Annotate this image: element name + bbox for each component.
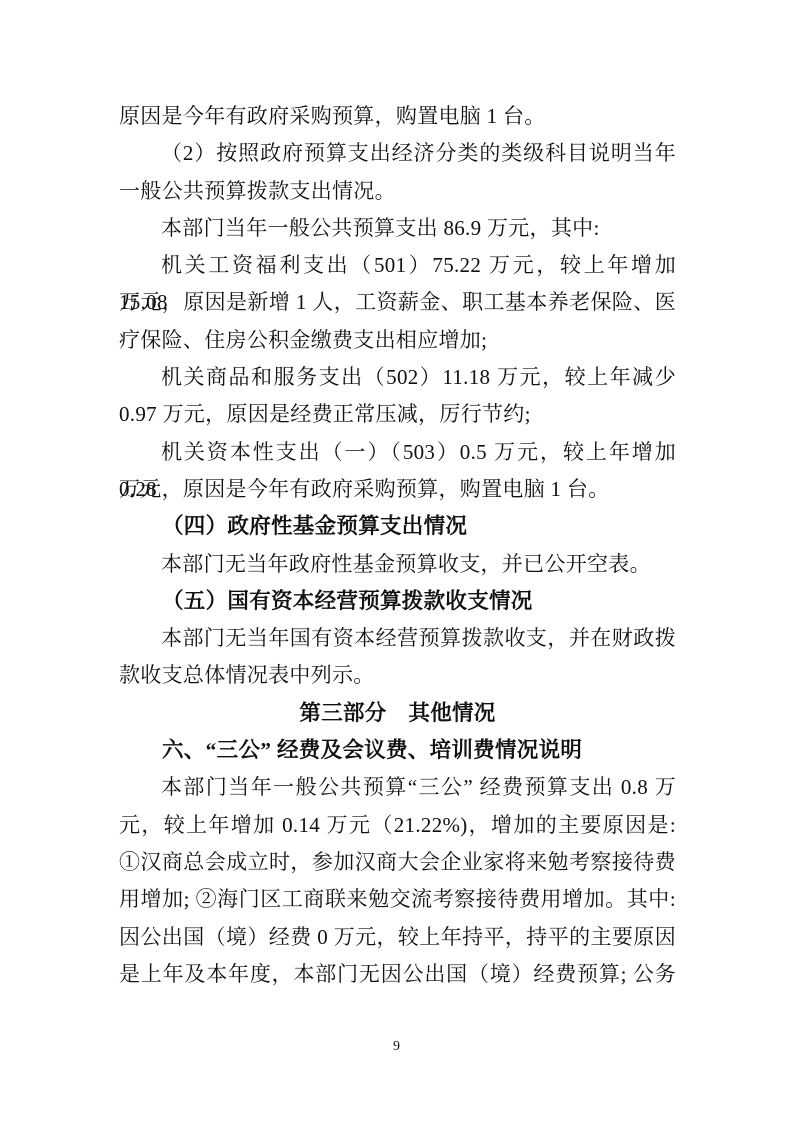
text-line: 本部门当年一般公共预算“三公” 经费预算支出 0.8 万 [119,769,676,806]
text-line: 用增加; ②海门区工商联来勉交流考察接待费用增加。其中: [119,881,676,918]
text-line: 是上年及本年度，本部门无因公出国（境）经费预算; 公务 [119,956,676,993]
section-heading-state-capital: （五）国有资本经营预算拨款收支情况 [119,583,676,620]
text-line: （2）按照政府预算支出经济分类的类级科目说明当年 [119,135,676,172]
text-line: 元，较上年增加 0.14 万元（21.22%)，增加的主要原因是: [119,807,676,844]
section-heading-gov-fund: （四）政府性基金预算支出情况 [119,508,676,545]
text-line: 本部门无当年国有资本经营预算拨款收支，并在财政拨 [119,620,676,657]
text-line: 万元，原因是新增 1 人，工资薪金、职工基本养老保险、医 [119,284,676,321]
text-line: 款收支总体情况表中列示。 [119,657,676,694]
text-line: 机关资本性支出（一）（503）0.5 万元，较上年增加 0.28 [119,434,676,471]
text-line: 机关工资福利支出（501）75.22 万元，较上年增加 15.08 [119,247,676,284]
text-line: ①汉商总会成立时，参加汉商大会企业家将来勉考察接待费 [119,844,676,881]
page-number: 9 [0,1038,793,1056]
text-line: 0.97 万元，原因是经费正常压减，厉行节约; [119,396,676,433]
text-line: 原因是今年有政府采购预算，购置电脑 1 台。 [119,98,676,135]
section-heading-three-public-funds: 六、“三公” 经费及会议费、培训费情况说明 [119,732,676,769]
document-text-block: 原因是今年有政府采购预算，购置电脑 1 台。 （2）按照政府预算支出经济分类的类… [119,98,676,993]
text-line: 机关商品和服务支出（502）11.18 万元，较上年减少 [119,359,676,396]
part-three-heading: 第三部分 其他情况 [119,695,676,732]
text-line: 本部门当年一般公共预算支出 86.9 万元，其中: [119,210,676,247]
text-line: 万元，原因是今年有政府采购预算，购置电脑 1 台。 [119,471,676,508]
text-line: 一般公共预算拨款支出情况。 [119,173,676,210]
text-line: 因公出国（境）经费 0 万元，较上年持平，持平的主要原因 [119,919,676,956]
document-page: 原因是今年有政府采购预算，购置电脑 1 台。 （2）按照政府预算支出经济分类的类… [0,0,793,1122]
text-line: 本部门无当年政府性基金预算收支，并已公开空表。 [119,546,676,583]
text-line: 疗保险、住房公积金缴费支出相应增加; [119,322,676,359]
